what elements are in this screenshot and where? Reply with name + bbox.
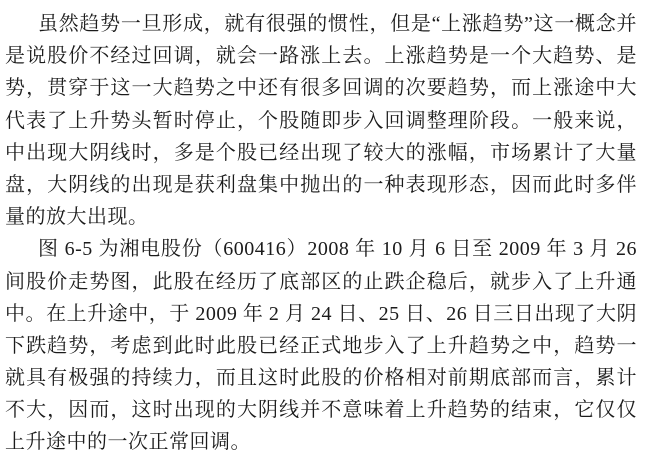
text-line: 量的放大出现。 xyxy=(5,201,637,233)
text-line: 间股价走势图，此股在经历了底部区的止跌企稳后，就步入了上升通道之 xyxy=(5,266,637,298)
text-line: 就具有极强的持续力，而且这时此股的价格相对前期底部而言，累计涨幅并 xyxy=(5,362,637,394)
paragraph-trend-inertia: 虽然趋势一旦形成，就有很强的惯性，但是“上涨趋势”这一概念并不 是说股价不经过回… xyxy=(5,8,637,233)
book-page: 虽然趋势一旦形成，就有很强的惯性，但是“上涨趋势”这一概念并不 是说股价不经过回… xyxy=(0,0,645,463)
text-line: 不大，因而，这时出现的大阴线并不意味着上升趋势的结束，它仅仅代表了 xyxy=(5,394,637,426)
text-line: 下跌趋势，考虑到此时此股已经正式地步入了上升趋势之中，趋势一旦形成 xyxy=(5,330,637,362)
text-line: 是说股价不经过回调，就会一路涨上去。上涨趋势是一个大趋势、是基本趋 xyxy=(5,40,637,72)
text-line: 势，贯穿于这一大趋势之中还有很多回调的次要趋势，而上涨途中大阴线多 xyxy=(5,72,637,104)
text-line: 上升途中的一次正常回调。 xyxy=(5,426,637,458)
text-line: 中出现大阴线时，多是个股已经出现了较大的涨幅，市场累计了大量的获利 xyxy=(5,137,637,169)
text-line: 盘，大阴线的出现是获利盘集中抛出的一种表现形态，因而此时多伴有成交 xyxy=(5,169,637,201)
text-line: 中。在上升途中，于 2009 年 2 月 24 日、25 日、26 日三日出现了… xyxy=(5,298,637,330)
text-line: 代表了上升势头暂时停止，个股随即步入回调整理阶段。一般来说，上升途 xyxy=(5,105,637,137)
paragraph-figure-6-5-example: 图 6-5 为湘电股份（600416）2008 年 10 月 6 日至 2009… xyxy=(5,233,637,458)
text-line: 虽然趋势一旦形成，就有很强的惯性，但是“上涨趋势”这一概念并不 xyxy=(5,8,637,40)
text-line: 图 6-5 为湘电股份（600416）2008 年 10 月 6 日至 2009… xyxy=(5,233,637,265)
